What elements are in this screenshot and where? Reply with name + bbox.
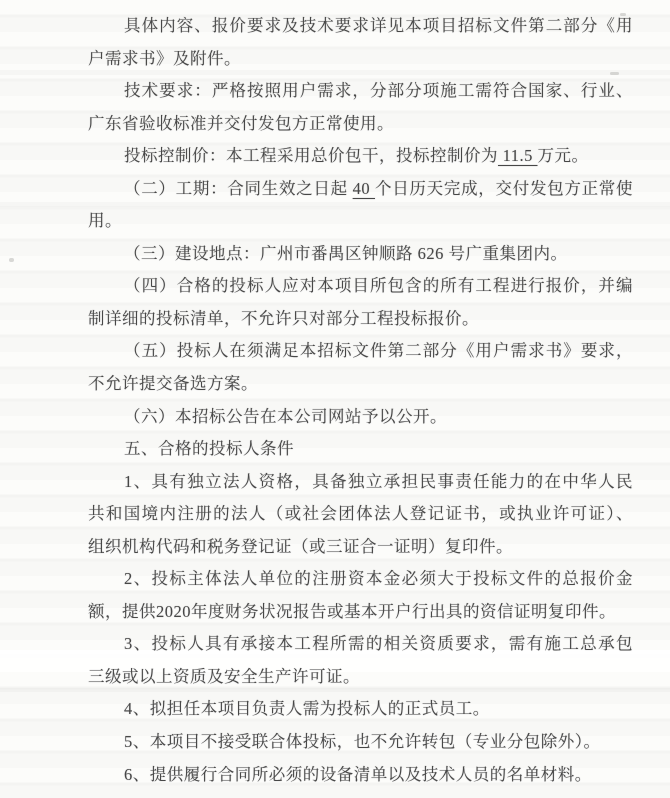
underlined-value-days: 40 [353,179,375,198]
text-segment: 万元。 [538,146,589,165]
text-line-construction-site: （三）建设地点：广州市番禺区钟顺路 626 号广重集团内。 [88,238,633,271]
document-page: 具体内容、报价要求及技术要求详见本项目招标文件第二部分《用 户需求书》及附件。 … [0,0,670,798]
text-segment: 4、拟担任本项目负责人需为投标人的正式员工。 [124,699,490,718]
text-segment: （三）建设地点：广州市番禺区钟顺路 626 号广重集团内。 [124,244,568,263]
text-segment: 用。 [88,211,122,230]
text-line: 4、拟担任本项目负责人需为投标人的正式员工。 [88,693,633,726]
text-segment: （五）投标人在须满足本招标文件第二部分《用户需求书》要求， [124,341,633,360]
text-line-tender-control-price: 投标控制价：本工程采用总价包干，投标控制价为 11.5 万元。 [88,140,633,173]
text-line: 组织机构代码和税务登记证（或三证合一证明）复印件。 [88,531,633,564]
document-body: 具体内容、报价要求及技术要求详见本项目招标文件第二部分《用 户需求书》及附件。 … [88,10,633,791]
text-line: 1、具有独立法人资格，具备独立承担民事责任能力的在中华人民 [88,466,633,499]
text-segment: 5、本项目不接受联合体投标，也不允许转包（专业分包除外）。 [124,732,601,751]
text-segment: 投标控制价：本工程采用总价包干，投标控制价为 [124,146,498,165]
text-line: 3、投标人具有承接本工程所需的相关资质要求，需有施工总承包 [88,628,633,661]
text-line: 户需求书》及附件。 [88,43,633,76]
text-segment: 3、投标人具有承接本工程所需的相关资质要求，需有施工总承包 [124,634,633,653]
text-line: 2、投标主体法人单位的注册资本金必须大于投标文件的总报价金 [88,563,633,596]
text-segment: 制详细的投标清单，不允许只对部分工程投标报价。 [88,309,479,328]
text-line: 技术要求：严格按照用户需求，分部分项施工需符合国家、行业、 [88,75,633,108]
text-line: 不允许提交备选方案。 [88,368,633,401]
underlined-value-control-price: 11.5 [498,146,538,165]
text-segment: （二）工期：合同生效之日起 [124,179,353,198]
text-line: （六）本招标公告在本公司网站予以公开。 [88,401,633,434]
text-line: 三级或以上资质及安全生产许可证。 [88,661,633,694]
text-segment: （四）合格的投标人应对本项目所包含的所有工程进行报价，并编 [124,276,633,295]
text-segment: 广东省验收标准并交付发包方正常使用。 [88,114,394,133]
text-segment: 6、提供履行合同所必须的设备清单以及技术人员的名单材料。 [124,765,592,784]
text-line: （五）投标人在须满足本招标文件第二部分《用户需求书》要求， [88,335,633,368]
text-segment: 五、合格的投标人条件 [124,439,294,458]
text-segment: 共和国境内注册的法人（或社会团体法人登记证书，或执业许可证）、 [88,504,633,523]
text-line: 广东省验收标准并交付发包方正常使用。 [88,108,633,141]
text-line-construction-period: （二）工期：合同生效之日起 40 个日历天完成，交付发包方正常使 [88,173,633,206]
text-segment: 具体内容、报价要求及技术要求详见本项目招标文件第二部分《用 [124,16,633,35]
text-segment: 个日历天完成，交付发包方正常使 [375,179,633,198]
text-line: （四）合格的投标人应对本项目所包含的所有工程进行报价，并编 [88,270,633,303]
text-segment: 1、具有独立法人资格，具备独立承担民事责任能力的在中华人民 [124,472,633,491]
scan-speck [9,258,14,262]
text-line: 5、本项目不接受联合体投标，也不允许转包（专业分包除外）。 [88,726,633,759]
text-line: 用。 [88,205,633,238]
text-segment: 额，提供2020年度财务状况报告或基本开户行出具的资信证明复印件。 [88,602,616,621]
text-line: 额，提供2020年度财务状况报告或基本开户行出具的资信证明复印件。 [88,596,633,629]
text-line: 共和国境内注册的法人（或社会团体法人登记证书，或执业许可证）、 [88,498,633,531]
section-heading-qualified-bidders: 五、合格的投标人条件 [88,433,633,466]
text-segment: 户需求书》及附件。 [88,49,241,68]
text-segment: 组织机构代码和税务登记证（或三证合一证明）复印件。 [88,537,513,556]
text-segment: 不允许提交备选方案。 [88,374,258,393]
text-segment: （六）本招标公告在本公司网站予以公开。 [124,407,447,426]
text-segment: 三级或以上资质及安全生产许可证。 [88,667,360,686]
text-segment: 技术要求：严格按照用户需求，分部分项施工需符合国家、行业、 [124,81,633,100]
text-line: 具体内容、报价要求及技术要求详见本项目招标文件第二部分《用 [88,10,633,43]
text-segment: 2、投标主体法人单位的注册资本金必须大于投标文件的总报价金 [124,569,633,588]
text-line: 6、提供履行合同所必须的设备清单以及技术人员的名单材料。 [88,759,633,792]
text-line: 制详细的投标清单，不允许只对部分工程投标报价。 [88,303,633,336]
